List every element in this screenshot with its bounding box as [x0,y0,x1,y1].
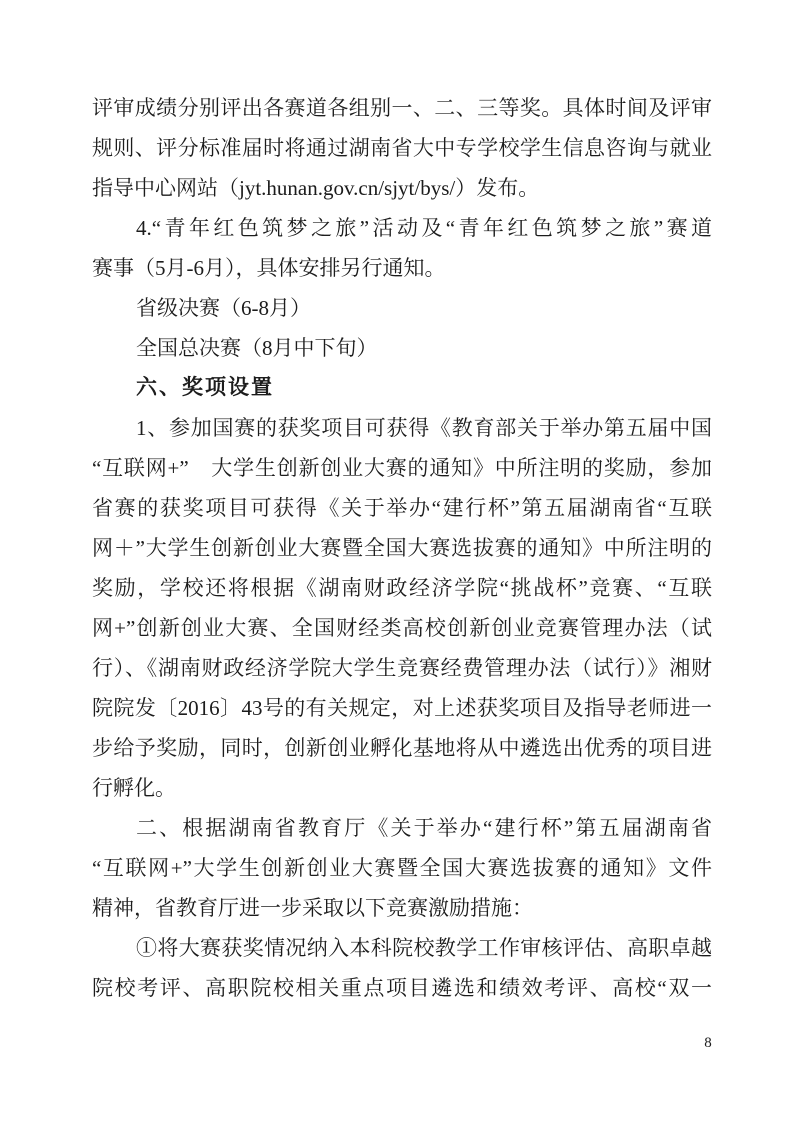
text-line: 4.“青年红色筑梦之旅”活动及“青年红色筑梦之旅”赛道 [92,208,712,248]
text-line: “互联网+”大学生创新创业大赛暨全国大赛选拔赛的通知》文件 [92,848,712,888]
text-line: 网＋”大学生创新创业大赛暨全国大赛选拔赛的通知》中所注明的 [92,528,712,568]
text-line: 院院发〔2016〕43号的有关规定，对上述获奖项目及指导老师进一 [92,688,712,728]
text-line: 省级决赛（6-8月） [92,288,712,328]
text-line: 省赛的获奖项目可获得《关于举办“建行杯”第五届湖南省“互联 [92,488,712,528]
text-line: 赛事（5月-6月），具体安排另行通知。 [92,248,712,288]
text-line: 行）、《湖南财政经济学院大学生竞赛经费管理办法（试行）》湘财 [92,648,712,688]
text-line: 精神，省教育厅进一步采取以下竞赛激励措施： [92,888,712,928]
text-line: ①将大赛获奖情况纳入本科院校教学工作审核评估、高职卓越 [92,928,712,968]
text-line: “互联网+” 大学生创新创业大赛的通知》中所注明的奖励，参加 [92,448,712,488]
text-line: 步给予奖励，同时，创新创业孵化基地将从中遴选出优秀的项目进 [92,728,712,768]
text-line: 1、参加国赛的获奖项目可获得《教育部关于举办第五届中国 [92,408,712,448]
text-line: 六、奖项设置 [92,368,712,408]
text-block: 评审成绩分别评出各赛道各组别一、二、三等奖。具体时间及评审规则、评分标准届时将通… [92,88,712,1008]
text-line: 评审成绩分别评出各赛道各组别一、二、三等奖。具体时间及评审 [92,88,712,128]
text-line: 规则、评分标准届时将通过湖南省大中专学校学生信息咨询与就业 [92,128,712,168]
page-number: 8 [698,1035,718,1052]
text-line: 院校考评、高职院校相关重点项目遴选和绩效考评、高校“双一 [92,968,712,1008]
text-line: 行孵化。 [92,768,712,808]
text-line: 网+”创新创业大赛、全国财经类高校创新创业竞赛管理办法（试 [92,608,712,648]
text-line: 全国总决赛（8月中下旬） [92,328,712,368]
text-line: 指导中心网站（jyt.hunan.gov.cn/sjyt/bys/）发布。 [92,168,712,208]
text-line: 二、根据湖南省教育厅《关于举办“建行杯”第五届湖南省 [92,808,712,848]
document-page: 评审成绩分别评出各赛道各组别一、二、三等奖。具体时间及评审规则、评分标准届时将通… [0,0,793,1122]
text-line: 奖励，学校还将根据《湖南财政经济学院“挑战杯”竞赛、“互联 [92,568,712,608]
